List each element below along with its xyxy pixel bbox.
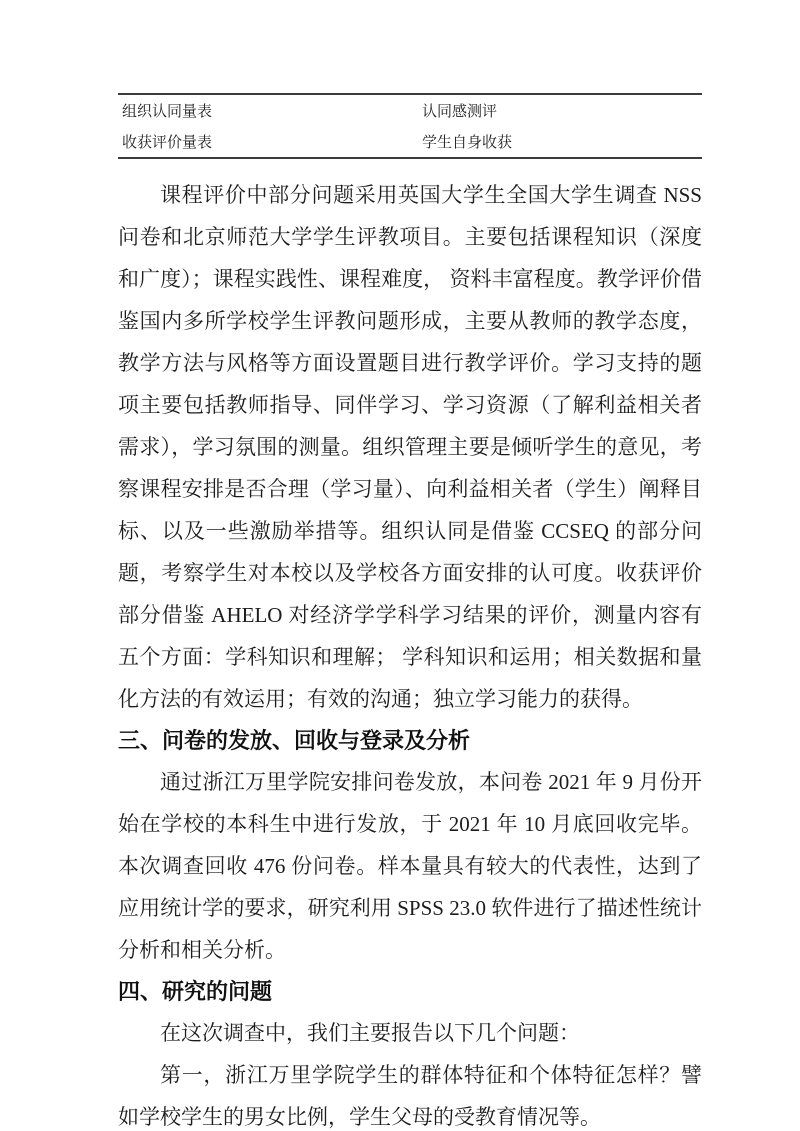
section-heading-4: 四、研究的问题 [118,971,702,1012]
paragraph-survey-administration: 通过浙江万里学院安排问卷发放，本问卷 2021 年 9 月份开始在学校的本科生中… [118,761,702,971]
table-cell-scale-description: 学生自身收获 [418,126,702,158]
scale-table: 组织认同量表 认同感测评 收获评价量表 学生自身收获 [118,93,702,159]
table-cell-scale-description: 认同感测评 [418,94,702,126]
table-row: 组织认同量表 认同感测评 [118,94,702,126]
paragraph-research-questions-intro: 在这次调查中，我们主要报告以下几个问题： [118,1012,702,1054]
paragraph-questionnaire-design: 课程评价中部分问题采用英国大学生全国大学生调查 NSS 问卷和北京师范大学学生评… [118,174,702,720]
section-heading-3: 三、问卷的发放、回收与登录及分析 [118,720,702,761]
table-row: 收获评价量表 学生自身收获 [118,126,702,158]
table-cell-scale-name: 组织认同量表 [118,94,418,126]
document-page: 组织认同量表 认同感测评 收获评价量表 学生自身收获 课程评价中部分问题采用英国… [0,0,800,1131]
paragraph-research-question-1: 第一，浙江万里学院学生的群体特征和个体特征怎样？譬如学校学生的男女比例，学生父母… [118,1054,702,1131]
page-content: 组织认同量表 认同感测评 收获评价量表 学生自身收获 课程评价中部分问题采用英国… [118,93,702,1131]
table-cell-scale-name: 收获评价量表 [118,126,418,158]
